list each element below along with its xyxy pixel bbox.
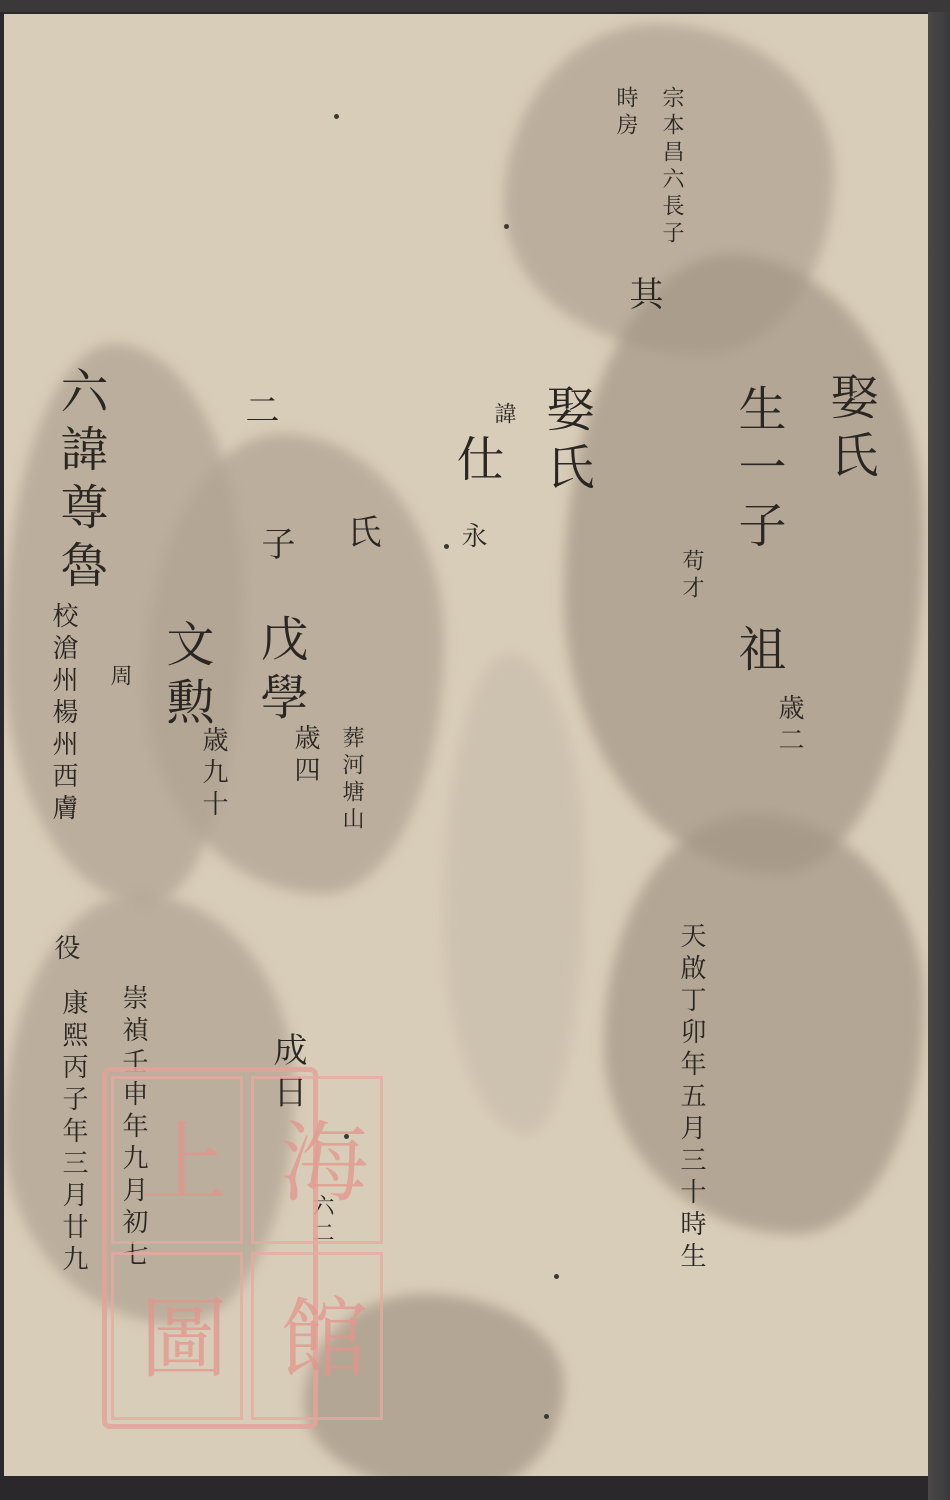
- text-annotation: 諱: [492, 402, 514, 429]
- date-column: 天啟丁卯年五月三十時生: [678, 922, 704, 1274]
- ink-speck: [544, 1414, 549, 1419]
- seal-character: 上: [111, 1076, 243, 1244]
- ink-speck: [334, 114, 339, 119]
- seal-character: 圖: [111, 1252, 243, 1420]
- text-annotation: 歳九十: [200, 726, 226, 822]
- date-column: 役: [52, 934, 78, 966]
- text-annotation: 周: [108, 664, 130, 691]
- text-column: 六諱尊魯: [56, 366, 104, 598]
- ink-speck: [344, 1134, 349, 1139]
- library-seal: 上 海 圖 館: [102, 1067, 318, 1429]
- text-annotation: 宗本昌六長子: [660, 86, 682, 248]
- text-column: 二: [242, 392, 276, 434]
- document-page: 娶氏 生一子 祖 歳二 苟才 宗本昌六長子 時房 其 娶氏 諱 仕 永 氏 二 …: [4, 14, 928, 1476]
- text-annotation: 歳二: [776, 694, 802, 758]
- text-annotation: 葬河塘山: [340, 726, 362, 834]
- text-column: 氏: [344, 514, 378, 556]
- light-patch: [444, 654, 584, 1134]
- seal-character: 海: [251, 1076, 383, 1244]
- seal-character: 館: [251, 1252, 383, 1420]
- text-annotation: 時房: [614, 86, 636, 140]
- text-column: 娶氏: [826, 372, 874, 488]
- ink-speck: [504, 224, 509, 229]
- text-annotation: 苟才: [680, 549, 702, 603]
- text-column: 娶氏: [542, 384, 590, 500]
- text-annotation: 歳四: [292, 724, 318, 788]
- text-column: 其: [626, 276, 660, 318]
- water-stain: [604, 814, 924, 1234]
- text-column: 子: [258, 526, 292, 568]
- text-column: 戊學: [256, 614, 304, 730]
- text-annotation: 永: [459, 522, 485, 554]
- text-column: 生一子 祖: [734, 384, 782, 682]
- text-column: 仕: [452, 434, 500, 492]
- ink-speck: [554, 1274, 559, 1279]
- ink-speck: [444, 544, 449, 549]
- text-annotation: 校滄州楊州西膚: [50, 602, 76, 826]
- date-column: 康熙丙子年三月廿九: [60, 989, 86, 1277]
- text-column: 文勲: [162, 619, 210, 735]
